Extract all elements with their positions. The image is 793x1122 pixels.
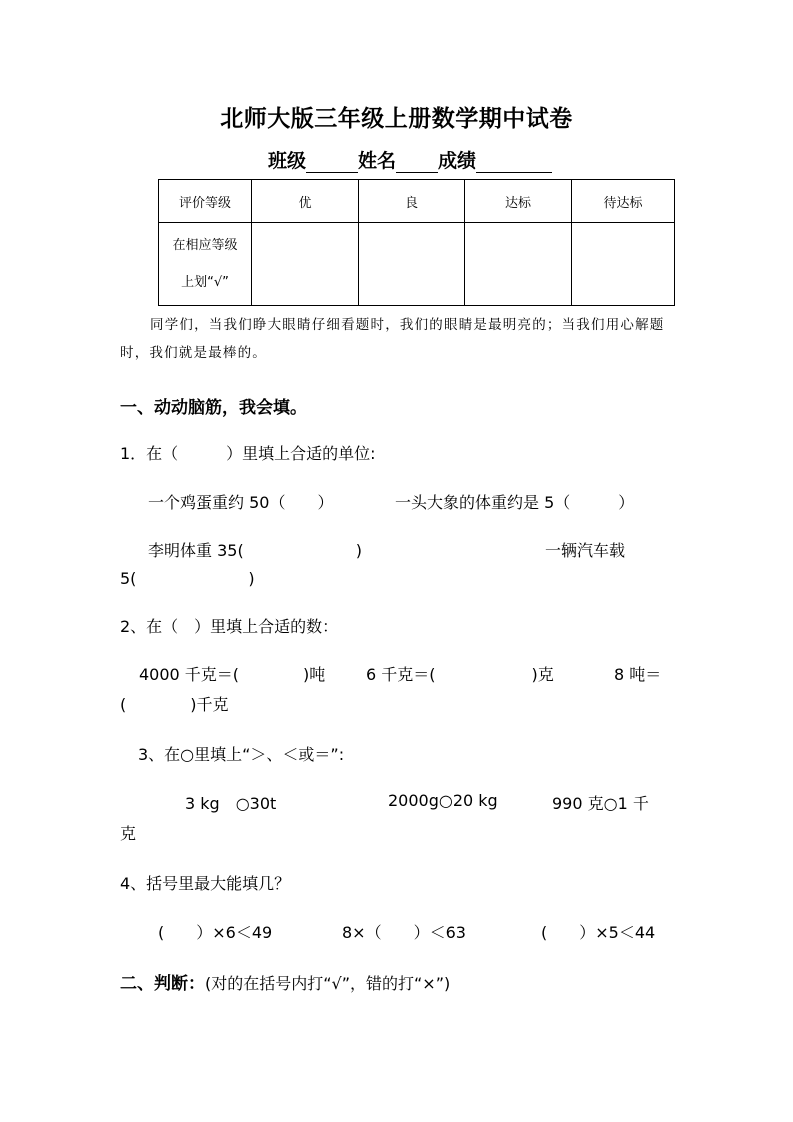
grade-mark-cell-pass[interactable] bbox=[465, 223, 572, 306]
q4-prompt: 4、括号里最大能填几？ bbox=[120, 871, 290, 894]
page-title: 北师大版三年级上册数学期中试卷 bbox=[0, 100, 793, 133]
q2-item-3-cont: ( )千克 bbox=[120, 692, 229, 715]
q4-item-3: ( ）×5＜44 bbox=[541, 920, 655, 943]
name-label: 姓名 bbox=[358, 150, 396, 172]
q1-item-truck-cont: 5( ) bbox=[120, 566, 255, 589]
grade-mark-label-line2: 上划“√” bbox=[159, 264, 251, 301]
grade-header-cell: 良 bbox=[359, 180, 465, 223]
q1-item-liming: 李明体重 35( ) bbox=[148, 538, 362, 561]
q3-item-2: 2000g○20 kg bbox=[388, 791, 498, 810]
q4-item-2: 8×（ ）＜63 bbox=[342, 920, 466, 943]
class-label: 班级 bbox=[268, 150, 306, 172]
section1-heading: 一、动动脑筋，我会填。 bbox=[120, 393, 307, 418]
q4-item-1: ( ）×6＜49 bbox=[158, 920, 272, 943]
q1-item-truck: 一辆汽车载 bbox=[545, 538, 625, 561]
intro-paragraph: 同学们，当我们睁大眼睛仔细看题时，我们的眼睛是最明亮的；当我们用心解题时，我们就… bbox=[120, 311, 680, 367]
section2-note: (对的在括号内打“√”，错的打“×”) bbox=[205, 974, 450, 993]
section2-line: 二、判断：(对的在括号内打“√”，错的打“×”) bbox=[120, 969, 450, 994]
section2-heading: 二、判断： bbox=[120, 974, 205, 994]
score-label: 成绩 bbox=[438, 150, 476, 172]
grade-header-cell: 达标 bbox=[465, 180, 572, 223]
q2-item-3: 8 吨＝ bbox=[614, 662, 661, 685]
class-blank[interactable] bbox=[306, 152, 358, 173]
grade-mark-cell-good[interactable] bbox=[359, 223, 465, 306]
grade-header-cell: 待达标 bbox=[572, 180, 675, 223]
score-blank[interactable] bbox=[476, 152, 552, 173]
grade-table-mark-row: 在相应等级 上划“√” bbox=[159, 223, 675, 306]
q3-item-3: 990 克○1 千 bbox=[552, 791, 649, 814]
student-info-line: 班级姓名成绩 bbox=[268, 146, 552, 173]
grade-mark-label-line1: 在相应等级 bbox=[159, 227, 251, 264]
q3-item-3-cont: 克 bbox=[120, 821, 136, 844]
q2-prompt: 2、在（ ）里填上合适的数： bbox=[120, 614, 338, 637]
q2-item-1: 4000 千克＝( )吨 bbox=[139, 662, 325, 685]
q1-item-egg: 一个鸡蛋重约 50（ ） bbox=[148, 490, 333, 513]
q2-item-2: 6 千克＝( )克 bbox=[366, 662, 554, 685]
grade-mark-cell-needs-work[interactable] bbox=[572, 223, 675, 306]
grade-table: 评价等级 优 良 达标 待达标 在相应等级 上划“√” bbox=[158, 179, 675, 306]
grade-mark-cell-excellent[interactable] bbox=[252, 223, 359, 306]
grade-table-header-row: 评价等级 优 良 达标 待达标 bbox=[159, 180, 675, 223]
q3-item-1: 3 kg ○30t bbox=[185, 791, 276, 814]
grade-header-cell: 评价等级 bbox=[159, 180, 252, 223]
grade-header-cell: 优 bbox=[252, 180, 359, 223]
q1-prompt: 1．在（ ）里填上合适的单位: bbox=[120, 441, 376, 464]
grade-mark-label: 在相应等级 上划“√” bbox=[159, 223, 252, 306]
q3-prompt: 3、在○里填上“＞、＜或＝”: bbox=[138, 742, 344, 765]
name-blank[interactable] bbox=[396, 152, 438, 173]
q1-item-elephant: 一头大象的体重约是 5（ ） bbox=[395, 490, 634, 513]
